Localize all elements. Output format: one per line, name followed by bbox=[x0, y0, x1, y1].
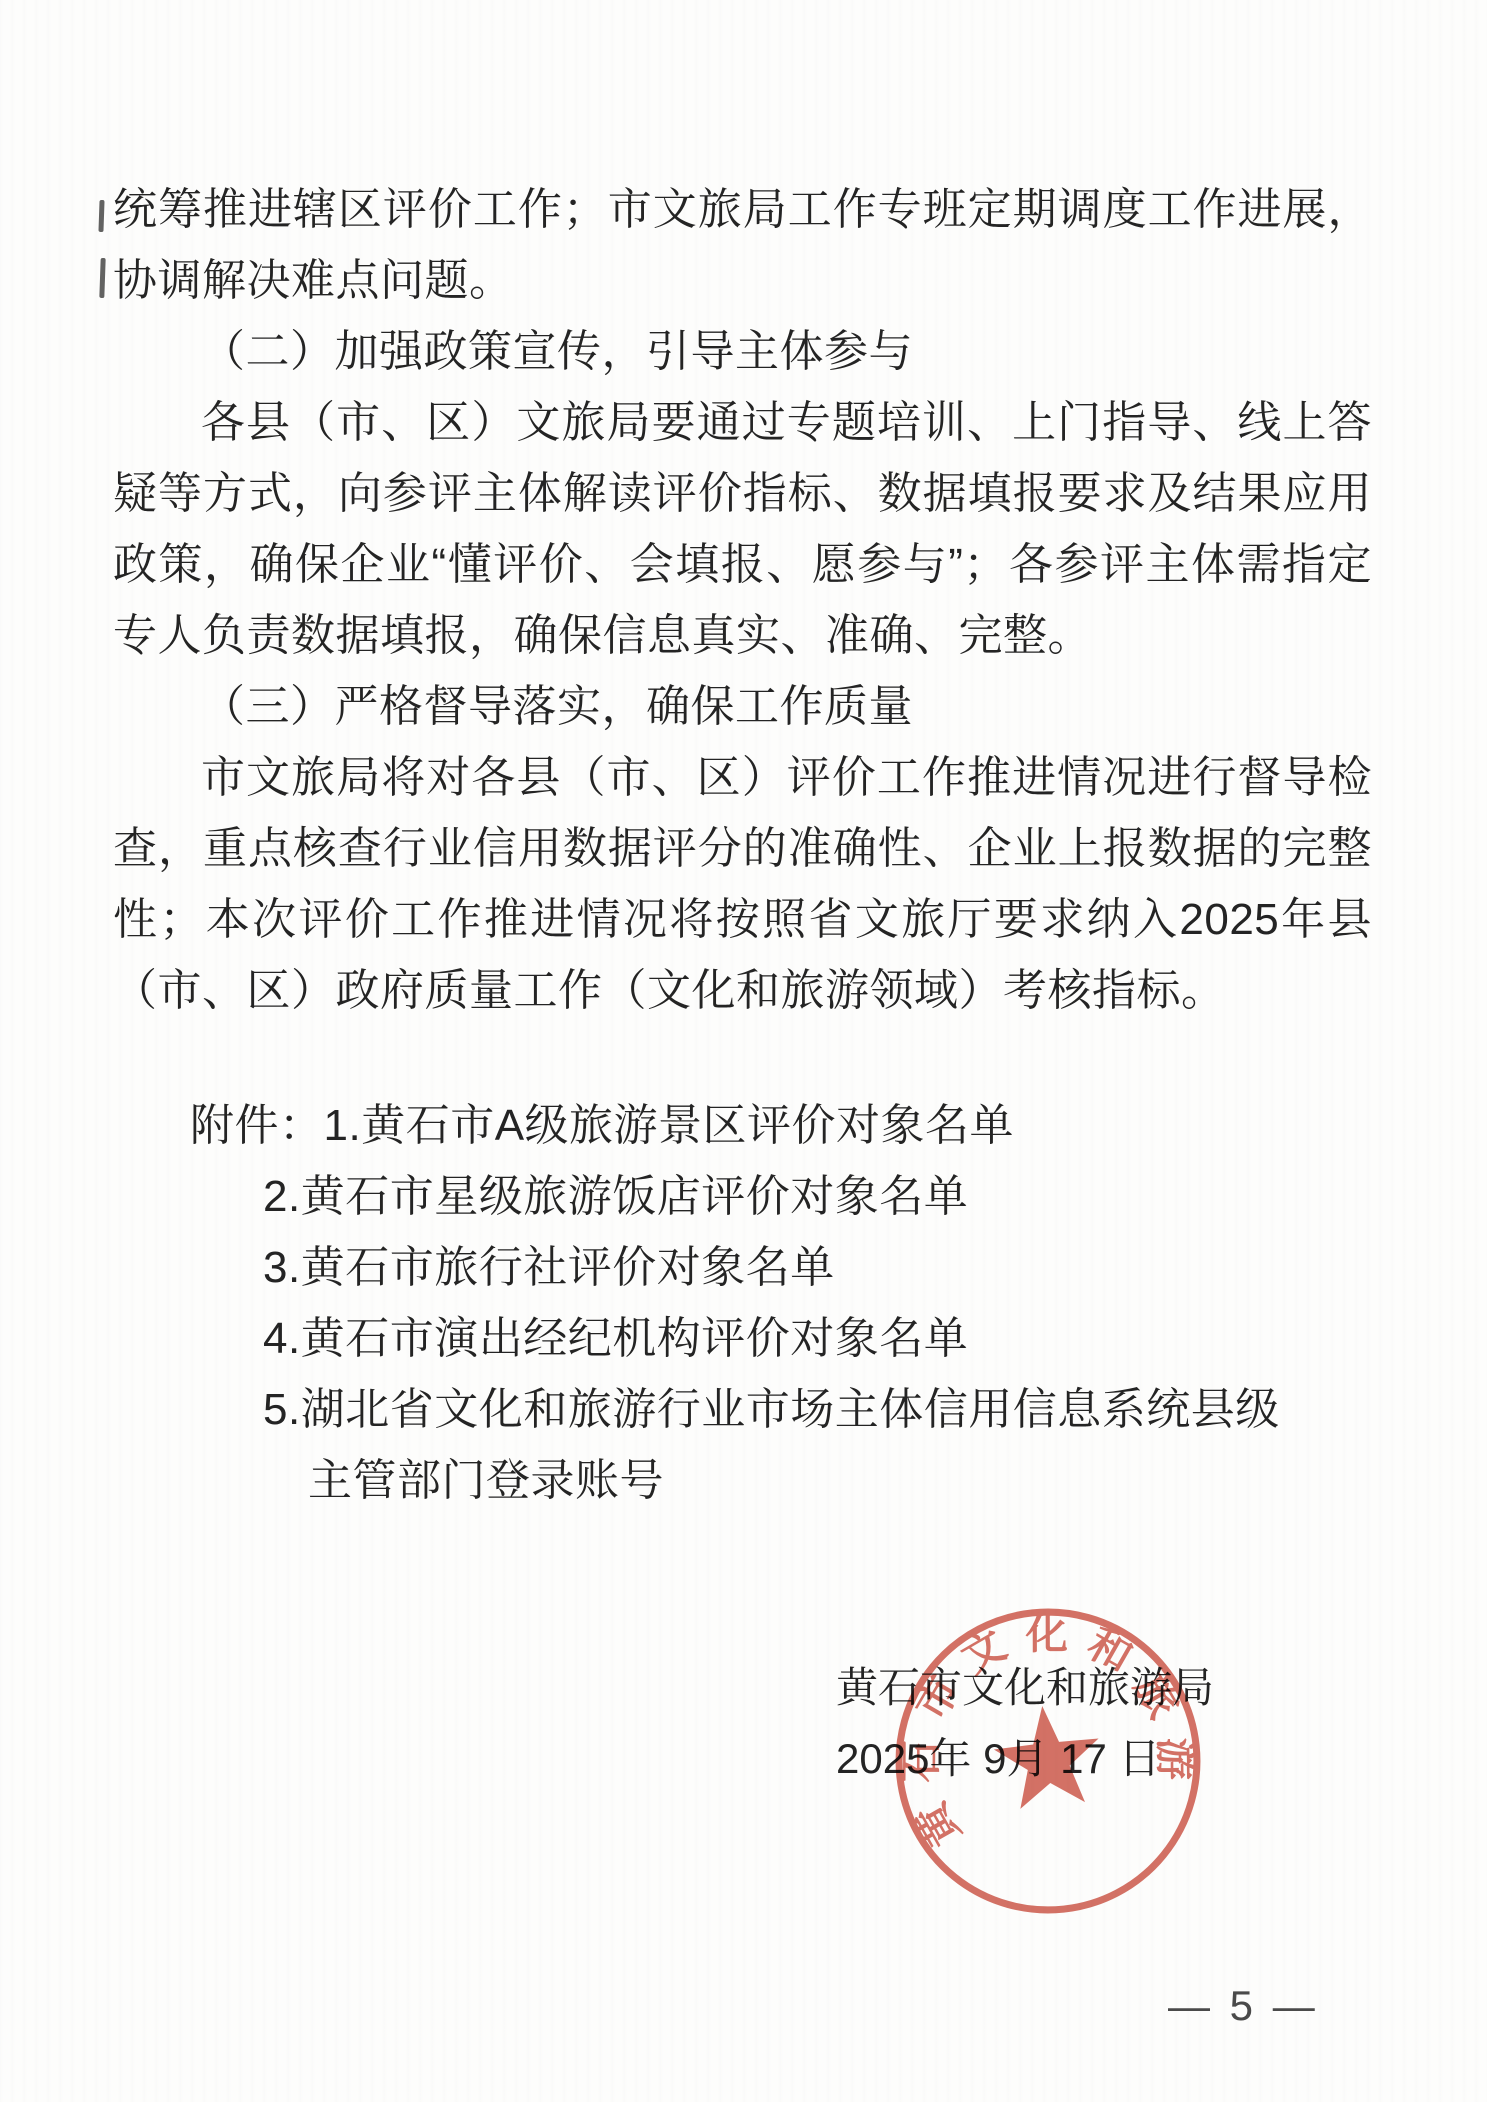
document-page: 统筹推进辖区评价工作；市文旅局工作专班定期调度工作进展，协调解决难点问题。 （二… bbox=[0, 0, 1487, 2102]
attachment-item-5: 5.湖北省文化和旅游行业市场主体信用信息系统县级主管部门登录账号 bbox=[308, 1374, 1318, 1516]
document-body: 统筹推进辖区评价工作；市文旅局工作专班定期调度工作进展，协调解决难点问题。 （二… bbox=[113, 174, 1372, 1516]
attachments-label: 附件： bbox=[190, 1101, 324, 1150]
attachment-item-1: 1.黄石市A级旅游景区评价对象名单 bbox=[324, 1101, 1015, 1150]
scan-artifact bbox=[99, 258, 105, 298]
attachments-list: 附件：1.黄石市A级旅游景区评价对象名单 2.黄石市星级旅游饭店评价对象名单 3… bbox=[113, 1090, 1372, 1516]
attachment-line-1: 附件：1.黄石市A级旅游景区评价对象名单 bbox=[190, 1090, 1372, 1161]
signature-block: 黄石市文化和旅游局 2025年 9月 17 日 bbox=[836, 1652, 1214, 1794]
paragraph-continuation: 统筹推进辖区评价工作；市文旅局工作专班定期调度工作进展，协调解决难点问题。 bbox=[113, 174, 1372, 316]
issuer-name: 黄石市文化和旅游局 bbox=[836, 1652, 1214, 1723]
issue-date: 2025年 9月 17 日 bbox=[836, 1723, 1214, 1794]
page-number: — 5 — bbox=[1168, 1982, 1319, 2030]
section-heading-2: （二）加强政策宣传，引导主体参与 bbox=[113, 316, 1372, 387]
attachment-item-3: 3.黄石市旅行社评价对象名单 bbox=[263, 1232, 1372, 1303]
paragraph-policy-promotion: 各县（市、区）文旅局要通过专题培训、上门指导、线上答疑等方式，向参评主体解读评价… bbox=[113, 387, 1372, 671]
scan-artifact bbox=[98, 200, 104, 232]
section-heading-3: （三）严格督导落实，确保工作质量 bbox=[113, 671, 1372, 742]
paragraph-supervision: 市文旅局将对各县（市、区）评价工作推进情况进行督导检查，重点核查行业信用数据评分… bbox=[113, 742, 1372, 1026]
attachment-item-4: 4.黄石市演出经纪机构评价对象名单 bbox=[263, 1303, 1372, 1374]
attachment-item-2: 2.黄石市星级旅游饭店评价对象名单 bbox=[263, 1161, 1372, 1232]
